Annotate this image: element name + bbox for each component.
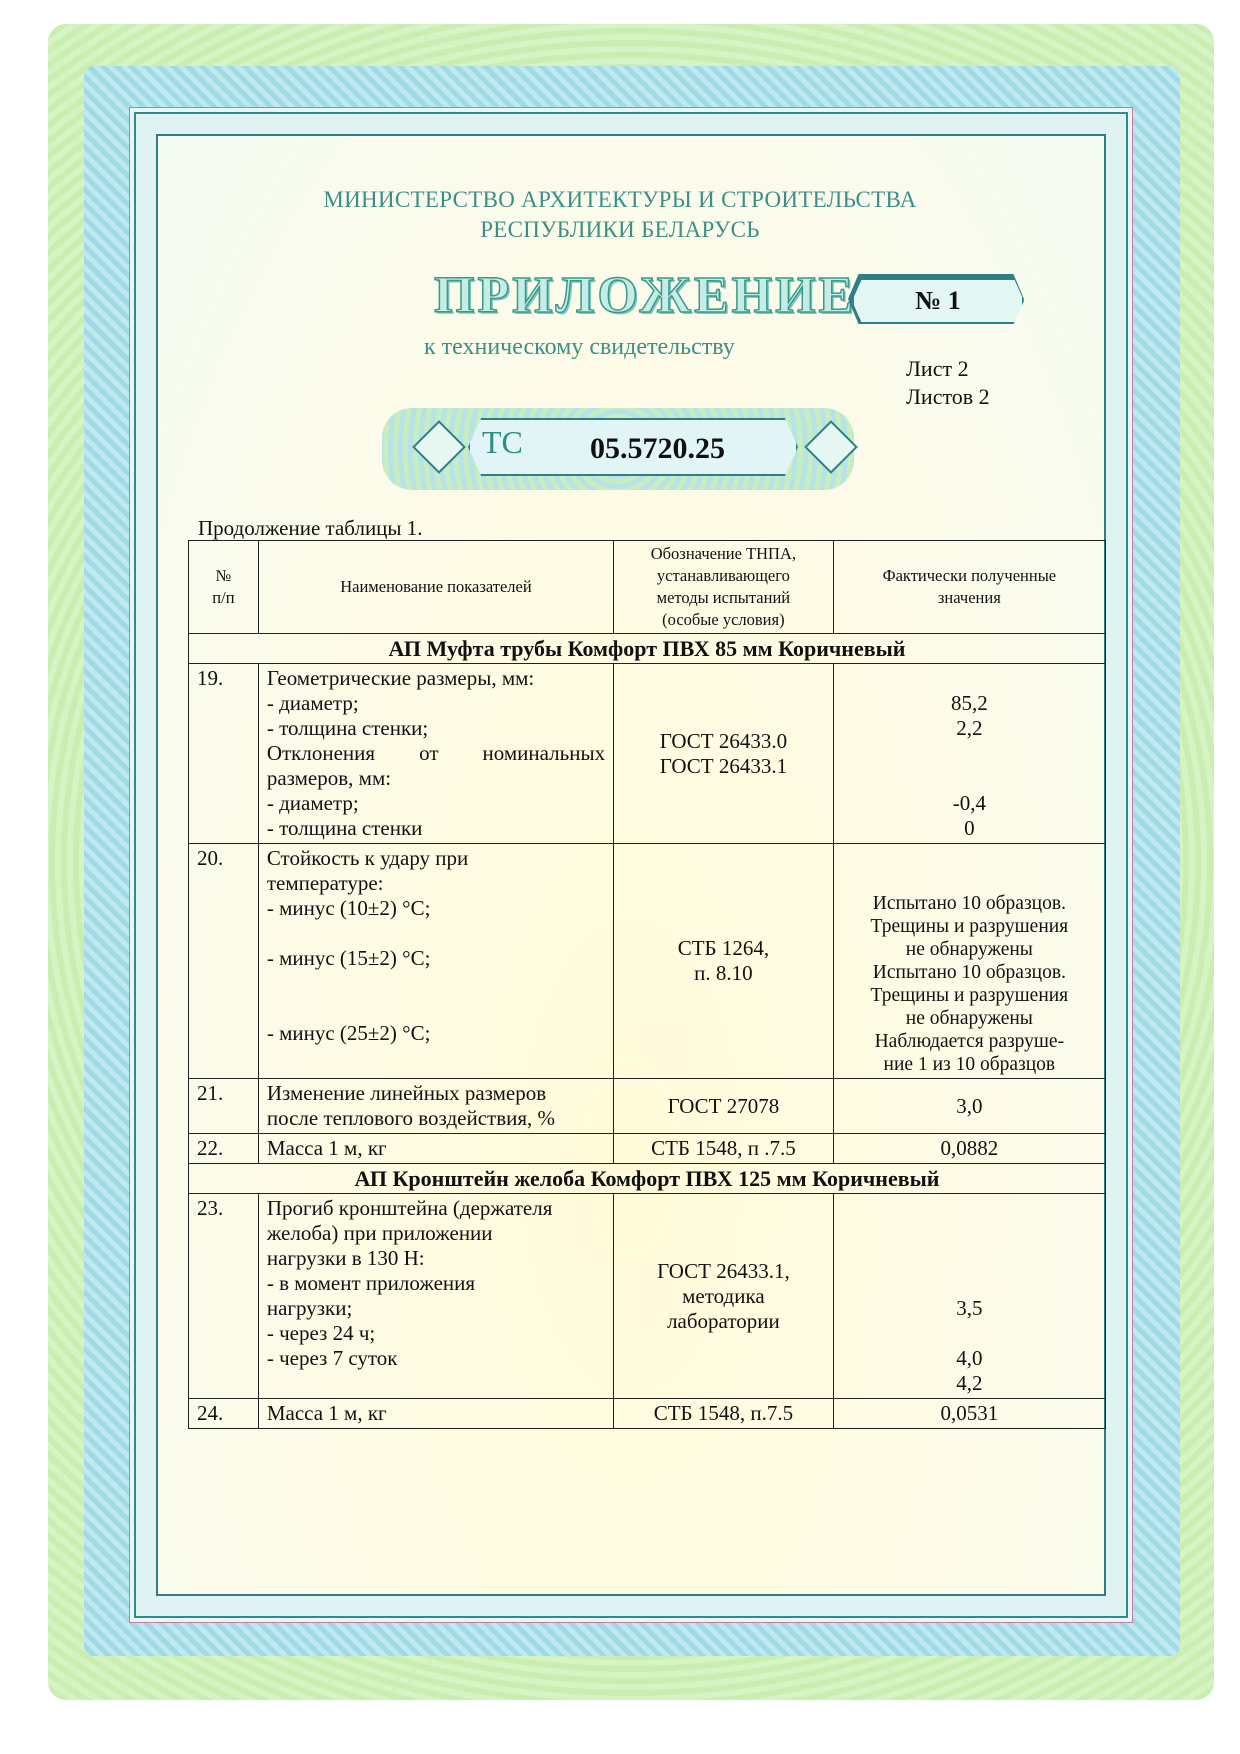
indicator-line bbox=[267, 971, 605, 996]
value-line bbox=[842, 1246, 1097, 1271]
value-line bbox=[842, 1271, 1097, 1296]
section-title: АП Муфта трубы Комфорт ПВХ 85 мм Коричне… bbox=[189, 634, 1106, 664]
indicator-name: Изменение линейных размеровпосле теплово… bbox=[258, 1079, 613, 1134]
indicator-name: Геометрические размеры, мм:- диаметр;- т… bbox=[258, 664, 613, 844]
document-title: ПРИЛОЖЕНИЕ bbox=[434, 266, 856, 325]
indicator-line: - толщина стенки bbox=[267, 816, 605, 841]
column-header-method: Обозначение ТНПА, устанавливающего метод… bbox=[614, 541, 834, 634]
value-line bbox=[842, 666, 1097, 691]
measured-value: 85,22,2 -0,40 bbox=[833, 664, 1105, 844]
value-line bbox=[842, 1196, 1097, 1221]
table-row: 20.Стойкость к удару притемпературе:- ми… bbox=[189, 844, 1106, 1079]
indicator-line: - минус (15±2) °С; bbox=[267, 946, 605, 971]
measured-value: 3,0 bbox=[833, 1079, 1105, 1134]
value-line: Испытано 10 образцов. bbox=[836, 961, 1103, 984]
method-line: п. 8.10 bbox=[622, 961, 825, 986]
column-header-number: № п/п bbox=[189, 541, 259, 634]
document-subtitle: к техническому свидетельству bbox=[424, 334, 735, 361]
appendix-number-badge: № 1 bbox=[852, 278, 1024, 324]
table-caption: Продолжение таблицы 1. bbox=[198, 516, 423, 541]
value-line: 0 bbox=[842, 816, 1097, 841]
indicator-line: Стойкость к удару при bbox=[267, 846, 605, 871]
indicator-line: - диаметр; bbox=[267, 691, 605, 716]
method-line: СТБ 1264, bbox=[622, 936, 825, 961]
test-method: ГОСТ 27078 bbox=[614, 1079, 834, 1134]
indicator-line: - минус (10±2) °С; bbox=[267, 896, 605, 921]
value-line: Испытано 10 образцов. bbox=[836, 892, 1103, 915]
value-line: -0,4 bbox=[842, 791, 1097, 816]
column-header-values: Фактически полученные значения bbox=[833, 541, 1105, 634]
value-line: Трещины и разрушения bbox=[836, 915, 1103, 938]
indicator-line: Масса 1 м, кг bbox=[267, 1401, 605, 1426]
indicator-name: Стойкость к удару притемпературе:- минус… bbox=[258, 844, 613, 1079]
value-line: 85,2 bbox=[842, 691, 1097, 716]
indicator-line bbox=[267, 996, 605, 1021]
method-line: лаборатории bbox=[622, 1309, 825, 1334]
indicator-line: нагрузки; bbox=[267, 1296, 605, 1321]
table-header-row: № п/п Наименование показателей Обозначен… bbox=[189, 541, 1106, 634]
test-method: СТБ 1548, п.7.5 bbox=[614, 1399, 834, 1429]
tc-number: 05.5720.25 bbox=[590, 432, 725, 466]
sheets-total: Листов 2 bbox=[906, 384, 990, 410]
test-method: ГОСТ 26433.0ГОСТ 26433.1 bbox=[614, 664, 834, 844]
indicator-name: Прогиб кронштейна (держателяжелоба) при … bbox=[258, 1194, 613, 1399]
indicator-line: желоба) при приложении bbox=[267, 1221, 605, 1246]
ministry-name-line2: РЕСПУБЛИКИ БЕЛАРУСЬ bbox=[0, 216, 1240, 244]
indicator-name: Масса 1 м, кг bbox=[258, 1134, 613, 1164]
indicator-line: Масса 1 м, кг bbox=[267, 1136, 605, 1161]
indicator-line: - через 24 ч; bbox=[267, 1321, 605, 1346]
value-line: 3,5 bbox=[842, 1296, 1097, 1321]
section-header-row: АП Муфта трубы Комфорт ПВХ 85 мм Коричне… bbox=[189, 634, 1106, 664]
value-line: 0,0531 bbox=[842, 1401, 1097, 1426]
value-line: 0,0882 bbox=[842, 1136, 1097, 1161]
value-line: 3,0 bbox=[842, 1094, 1097, 1119]
indicator-line: - в момент приложения bbox=[267, 1271, 605, 1296]
value-line: не обнаружены bbox=[836, 1007, 1103, 1030]
measured-value: 0,0531 bbox=[833, 1399, 1105, 1429]
section-title: АП Кронштейн желоба Комфорт ПВХ 125 мм К… bbox=[189, 1164, 1106, 1194]
table-row: 23.Прогиб кронштейна (держателяжелоба) п… bbox=[189, 1194, 1106, 1399]
table-row: 22.Масса 1 м, кгСТБ 1548, п .7.50,0882 bbox=[189, 1134, 1106, 1164]
value-line: не обнаружены bbox=[836, 938, 1103, 961]
indicator-line: нагрузки в 130 Н: bbox=[267, 1246, 605, 1271]
test-method: СТБ 1548, п .7.5 bbox=[614, 1134, 834, 1164]
value-line: Наблюдается разруше- bbox=[836, 1030, 1103, 1053]
method-line: ГОСТ 27078 bbox=[622, 1094, 825, 1119]
value-line: 4,2 bbox=[842, 1371, 1097, 1396]
indicator-line: Геометрические размеры, мм: bbox=[267, 666, 605, 691]
measured-value: Испытано 10 образцов.Трещины и разрушени… bbox=[833, 844, 1105, 1079]
row-number: 24. bbox=[189, 1399, 259, 1429]
row-number: 22. bbox=[189, 1134, 259, 1164]
results-table: № п/п Наименование показателей Обозначен… bbox=[188, 540, 1106, 1429]
indicator-line: после теплового воздействия, % bbox=[267, 1106, 605, 1131]
table-body: АП Муфта трубы Комфорт ПВХ 85 мм Коричне… bbox=[189, 634, 1106, 1429]
method-line: ГОСТ 26433.1, bbox=[622, 1259, 825, 1284]
method-line: методика bbox=[622, 1284, 825, 1309]
test-method: СТБ 1264,п. 8.10 bbox=[614, 844, 834, 1079]
indicator-line bbox=[267, 921, 605, 946]
indicator-line: Изменение линейных размеров bbox=[267, 1081, 605, 1106]
indicator-line: - через 7 суток bbox=[267, 1346, 605, 1371]
method-line: СТБ 1548, п .7.5 bbox=[622, 1136, 825, 1161]
method-line: СТБ 1548, п.7.5 bbox=[622, 1401, 825, 1426]
row-number: 23. bbox=[189, 1194, 259, 1399]
table-row: 24.Масса 1 м, кгСТБ 1548, п.7.50,0531 bbox=[189, 1399, 1106, 1429]
measured-value: 3,5 4,04,2 bbox=[833, 1194, 1105, 1399]
measured-value: 0,0882 bbox=[833, 1134, 1105, 1164]
table-row: 19.Геометрические размеры, мм:- диаметр;… bbox=[189, 664, 1106, 844]
indicator-line: температуре: bbox=[267, 871, 605, 896]
indicator-line: Прогиб кронштейна (держателя bbox=[267, 1196, 605, 1221]
indicator-name: Масса 1 м, кг bbox=[258, 1399, 613, 1429]
value-line bbox=[836, 846, 1103, 869]
method-line: ГОСТ 26433.0 bbox=[622, 729, 825, 754]
value-line: ние 1 из 10 образцов bbox=[836, 1053, 1103, 1076]
value-line bbox=[842, 1321, 1097, 1346]
ministry-name-line1: МИНИСТЕРСТВО АРХИТЕКТУРЫ И СТРОИТЕЛЬСТВА bbox=[0, 186, 1240, 214]
value-line: Трещины и разрушения bbox=[836, 984, 1103, 1007]
indicator-line: - толщина стенки; bbox=[267, 716, 605, 741]
method-line: ГОСТ 26433.1 bbox=[622, 754, 825, 779]
indicator-line: Отклонения от номинальных bbox=[267, 741, 605, 766]
row-number: 21. bbox=[189, 1079, 259, 1134]
value-line: 4,0 bbox=[842, 1346, 1097, 1371]
tc-label: ТС bbox=[482, 424, 523, 461]
row-number: 19. bbox=[189, 664, 259, 844]
indicator-line: - минус (25±2) °С; bbox=[267, 1021, 605, 1046]
value-line bbox=[842, 741, 1097, 766]
value-line bbox=[836, 869, 1103, 892]
section-header-row: АП Кронштейн желоба Комфорт ПВХ 125 мм К… bbox=[189, 1164, 1106, 1194]
table-row: 21.Изменение линейных размеровпосле тепл… bbox=[189, 1079, 1106, 1134]
value-line bbox=[842, 766, 1097, 791]
test-method: ГОСТ 26433.1,методикалаборатории bbox=[614, 1194, 834, 1399]
indicator-line: - диаметр; bbox=[267, 791, 605, 816]
sheet-number: Лист 2 bbox=[906, 356, 969, 382]
value-line: 2,2 bbox=[842, 716, 1097, 741]
row-number: 20. bbox=[189, 844, 259, 1079]
column-header-indicator: Наименование показателей bbox=[258, 541, 613, 634]
value-line bbox=[842, 1221, 1097, 1246]
indicator-line: размеров, мм: bbox=[267, 766, 605, 791]
